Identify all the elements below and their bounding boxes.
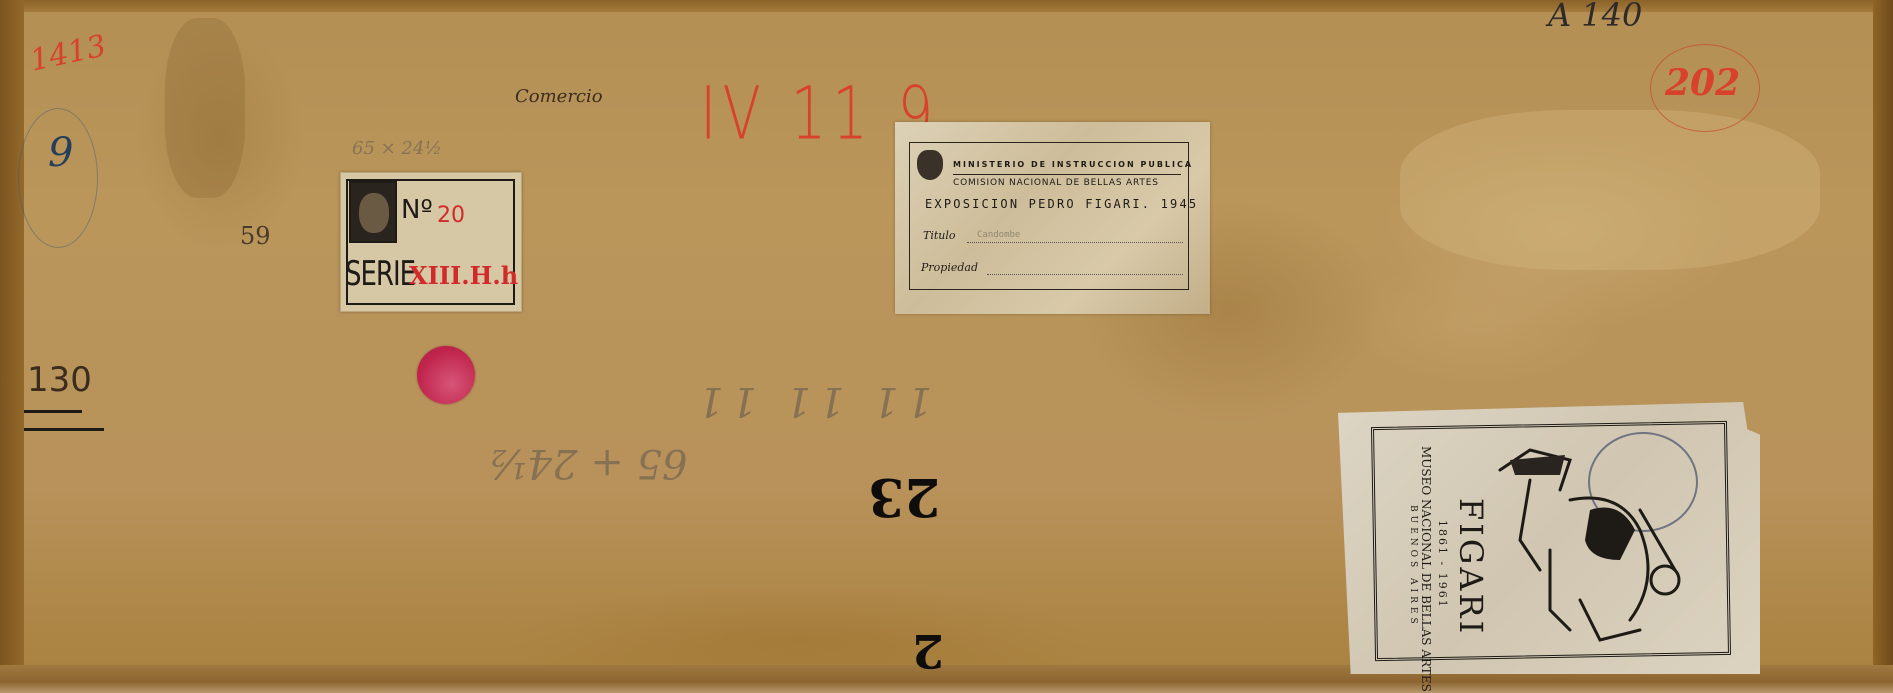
- red-dot-sticker: [417, 346, 475, 404]
- series-number: 20: [437, 203, 465, 228]
- red-circle-mark: [1650, 44, 1760, 132]
- underline-1: [24, 410, 82, 413]
- pencil-scribble: 11 11 11: [690, 378, 932, 424]
- series-label: Nº 20 SERIE XIII.H.h: [340, 172, 522, 312]
- titulo-dotted-line: [967, 242, 1183, 243]
- stamped-number-59: 59: [240, 222, 271, 250]
- frame-edge-right: [1873, 0, 1893, 693]
- ministry-line: MINISTERIO DE INSTRUCCION PUBLICA: [953, 160, 1193, 169]
- dimension-note-center: 65 + 24½: [488, 440, 688, 486]
- ministry-underline: [953, 174, 1181, 175]
- propiedad-label: Propiedad: [921, 261, 978, 274]
- serie-label: SERIE: [345, 255, 415, 294]
- exhibition-title: EXPOSICION PEDRO FIGARI. 1945: [925, 197, 1198, 211]
- light-patch: [1400, 110, 1820, 270]
- stencil-number-2: 2: [912, 628, 944, 674]
- underline-2: [24, 428, 104, 431]
- exhibition-label: MINISTERIO DE INSTRUCCION PUBLICA COMISI…: [895, 122, 1210, 314]
- museum-label-title: FIGARI: [1452, 498, 1490, 636]
- series-no-label: Nº: [401, 195, 433, 225]
- dimension-note-top: 65 × 24½: [352, 138, 442, 159]
- inventory-mark-a140: A 140: [1548, 0, 1642, 34]
- portrait-engraving-icon: [349, 181, 397, 243]
- water-stain: [165, 18, 245, 198]
- museum-label-city: BUENOS AIRES: [1408, 505, 1418, 628]
- propiedad-dotted-line: [987, 274, 1183, 275]
- note-comercio: Comercio: [515, 86, 603, 107]
- titulo-value: Candombe: [977, 230, 1020, 240]
- coat-of-arms-icon: [917, 150, 943, 180]
- serie-code: XIII.H.h: [409, 261, 518, 290]
- titulo-label: Titulo: [923, 229, 956, 242]
- inventory-mark-130: 130: [27, 360, 92, 400]
- horse-rider-illustration-icon: [1490, 430, 1690, 660]
- inventory-mark-1413: 1413: [27, 28, 109, 78]
- museum-label-name: MUSEO NACIONAL DE BELLAS ARTES: [1419, 446, 1433, 692]
- painting-back-board: 1413 9 59 Comercio IV 11 9 A 140 202 130…: [0, 0, 1893, 693]
- museum-label-years: 1861 - 1961: [1436, 520, 1449, 609]
- frame-edge-left: [0, 0, 24, 693]
- stencil-number-23: 23: [868, 470, 940, 522]
- circle-mark: [18, 108, 98, 248]
- commission-line: COMISION NACIONAL DE BELLAS ARTES: [953, 178, 1159, 188]
